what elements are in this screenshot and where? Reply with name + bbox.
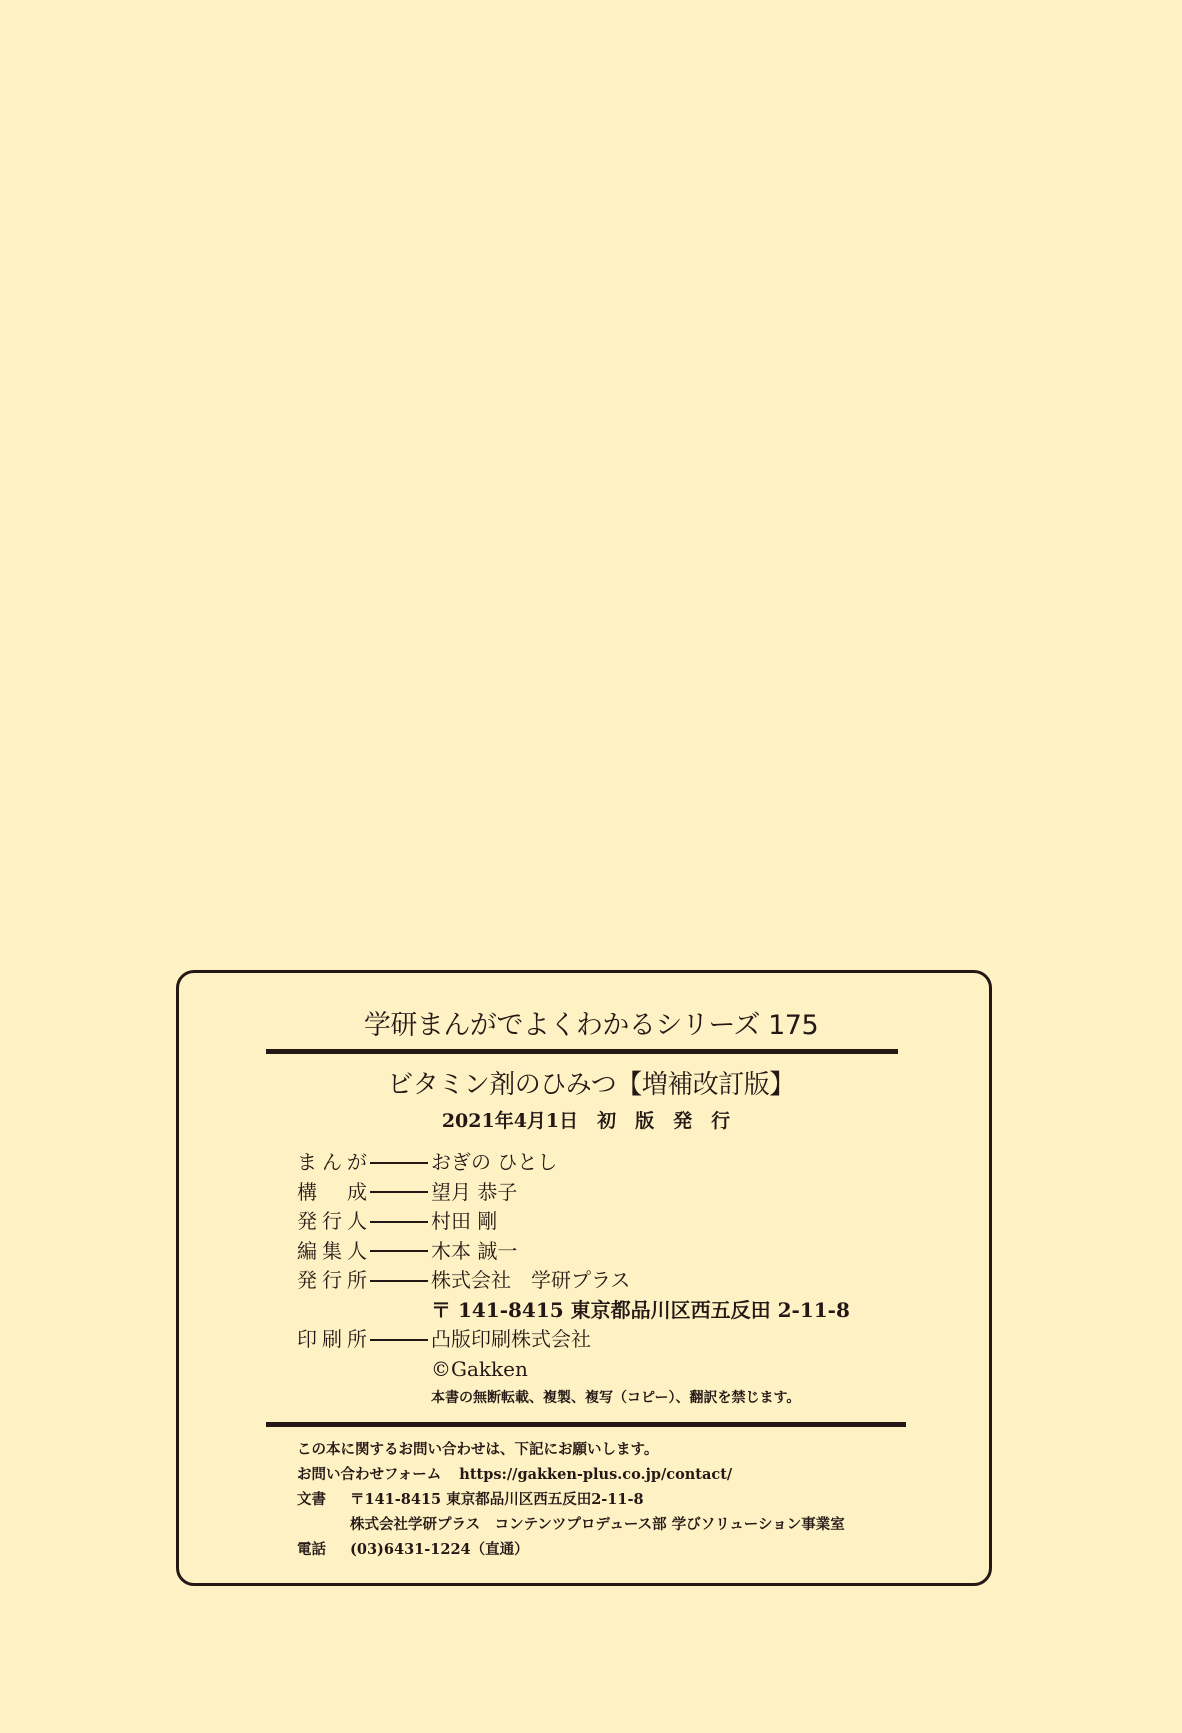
dash-line	[370, 1339, 428, 1341]
notice-row: 本書の無断転載、複製、複写（コピー）、翻訳を禁じます。	[297, 1384, 850, 1414]
inquiry-intro-row: この本に関するお問い合わせは、下記にお願いします。	[297, 1437, 845, 1462]
credit-role: 発行所	[297, 1266, 367, 1296]
divider-bottom	[266, 1422, 906, 1427]
inquiry-form-link[interactable]: https://gakken-plus.co.jp/contact/	[459, 1462, 732, 1487]
reproduction-notice: 本書の無断転載、複製、複写（コピー）、翻訳を禁じます。	[431, 1384, 800, 1414]
credit-role: まんが	[297, 1148, 367, 1178]
inquiry-department-row: 株式会社学研プラス コンテンツプロデュース部 学びソリューション事業室	[297, 1512, 845, 1537]
credit-role: 構 成	[297, 1178, 367, 1208]
inquiry-mail-row: 文書 〒141-8415 東京都品川区西五反田2-11-8	[297, 1487, 845, 1512]
credit-role: 発行人	[297, 1207, 367, 1237]
inquiry-form-row: お問い合わせフォーム https://gakken-plus.co.jp/con…	[297, 1462, 845, 1487]
credit-role: 編集人	[297, 1237, 367, 1267]
phone-label: 電話	[297, 1537, 350, 1562]
credit-row-composition: 構 成 望月 恭子	[297, 1178, 850, 1208]
book-title: ビタミン剤のひみつ【増補改訂版】	[0, 1064, 1182, 1101]
dash-line	[370, 1162, 428, 1164]
credit-row-publisher-person: 発行人 村田 剛	[297, 1207, 850, 1237]
inquiry-form-label: お問い合わせフォーム	[297, 1462, 441, 1487]
credit-row-manga: まんが おぎの ひとし	[297, 1148, 850, 1178]
series-title: 学研まんがでよくわかるシリーズ 175	[0, 1003, 1182, 1042]
credit-value: 村田 剛	[431, 1207, 497, 1237]
mail-address: 〒141-8415 東京都品川区西五反田2-11-8	[350, 1487, 644, 1512]
inquiry-phone-row: 電話 (03)6431-1224（直通）	[297, 1537, 845, 1562]
inquiry-intro: この本に関するお問い合わせは、下記にお願いします。	[297, 1437, 658, 1462]
credit-row-editor: 編集人 木本 誠一	[297, 1237, 850, 1267]
publication-date: 2021年4月1日 初 版 発 行	[0, 1106, 1182, 1133]
copyright-row: ©Gakken	[297, 1355, 850, 1385]
mail-department: 株式会社学研プラス コンテンツプロデュース部 学びソリューション事業室	[350, 1512, 845, 1537]
copyright: ©Gakken	[431, 1355, 528, 1385]
phone-number: (03)6431-1224（直通）	[350, 1537, 529, 1562]
credits-list: まんが おぎの ひとし 構 成 望月 恭子 発行人 村田 剛 編集人 木本 誠一…	[297, 1148, 850, 1414]
dash-line	[370, 1250, 428, 1252]
publisher-address: 〒 141-8415 東京都品川区西五反田 2-11-8	[431, 1296, 850, 1326]
dash-line	[370, 1191, 428, 1193]
credit-row-publisher-address: 〒 141-8415 東京都品川区西五反田 2-11-8	[297, 1296, 850, 1326]
divider-top	[266, 1049, 898, 1054]
credit-value: おぎの ひとし	[431, 1148, 557, 1178]
credit-row-printer: 印刷所 凸版印刷株式会社	[297, 1325, 850, 1355]
credit-value: 株式会社 学研プラス	[431, 1266, 630, 1296]
credit-value: 木本 誠一	[431, 1237, 517, 1267]
dash-line	[370, 1221, 428, 1223]
inquiry-section: この本に関するお問い合わせは、下記にお願いします。 お問い合わせフォーム htt…	[297, 1437, 845, 1562]
credit-row-publisher: 発行所 株式会社 学研プラス	[297, 1266, 850, 1296]
dash-line	[370, 1280, 428, 1282]
mail-label: 文書	[297, 1487, 350, 1512]
credit-role: 印刷所	[297, 1325, 367, 1355]
credit-value: 凸版印刷株式会社	[431, 1325, 591, 1355]
credit-value: 望月 恭子	[431, 1178, 517, 1208]
